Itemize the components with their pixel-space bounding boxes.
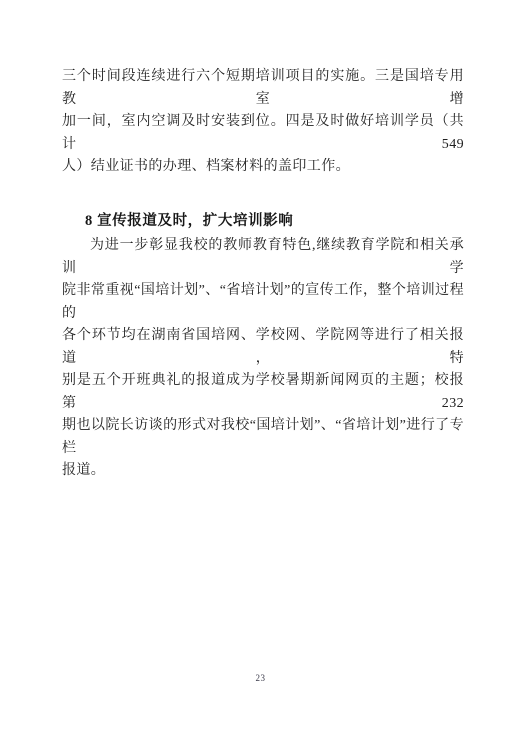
paragraph-line: 各个环节均在湖南省国培网、学校网、学院网等进行了相关报道，特 bbox=[62, 325, 464, 370]
paragraph-line: 三个时间段连续进行六个短期培训项目的实施。三是国培专用教室增 bbox=[62, 66, 464, 111]
page-number: 23 bbox=[0, 673, 521, 683]
paragraph-line: 别是五个开班典礼的报道成为学校暑期新闻网页的主题；校报第 232 bbox=[62, 370, 464, 415]
paragraph-line: 报道。 bbox=[62, 460, 464, 483]
paragraph-line: 加一间，室内空调及时安装到位。四是及时做好培训学员（共计 549 bbox=[62, 111, 464, 156]
document-page: 三个时间段连续进行六个短期培训项目的实施。三是国培专用教室增 加一间，室内空调及… bbox=[0, 0, 521, 737]
section-heading: 8 宣传报道及时，扩大培训影响 bbox=[62, 210, 464, 233]
paragraph-line: 为进一步彰显我校的教师教育特色,继续教育学院和相关承训学 bbox=[62, 235, 464, 280]
body-paragraph-1: 三个时间段连续进行六个短期培训项目的实施。三是国培专用教室增 加一间，室内空调及… bbox=[62, 66, 464, 179]
body-paragraph-2: 为进一步彰显我校的教师教育特色,继续教育学院和相关承训学 院非常重视“国培计划”… bbox=[62, 235, 464, 483]
paragraph-line: 人）结业证书的办理、档案材料的盖印工作。 bbox=[62, 156, 464, 179]
paragraph-line: 期也以院长访谈的形式对我校“国培计划”、“省培计划”进行了专栏 bbox=[62, 415, 464, 460]
paragraph-line: 院非常重视“国培计划”、“省培计划”的宣传工作，整个培训过程的 bbox=[62, 280, 464, 325]
text-block: 三个时间段连续进行六个短期培训项目的实施。三是国培专用教室增 加一间，室内空调及… bbox=[62, 66, 464, 483]
